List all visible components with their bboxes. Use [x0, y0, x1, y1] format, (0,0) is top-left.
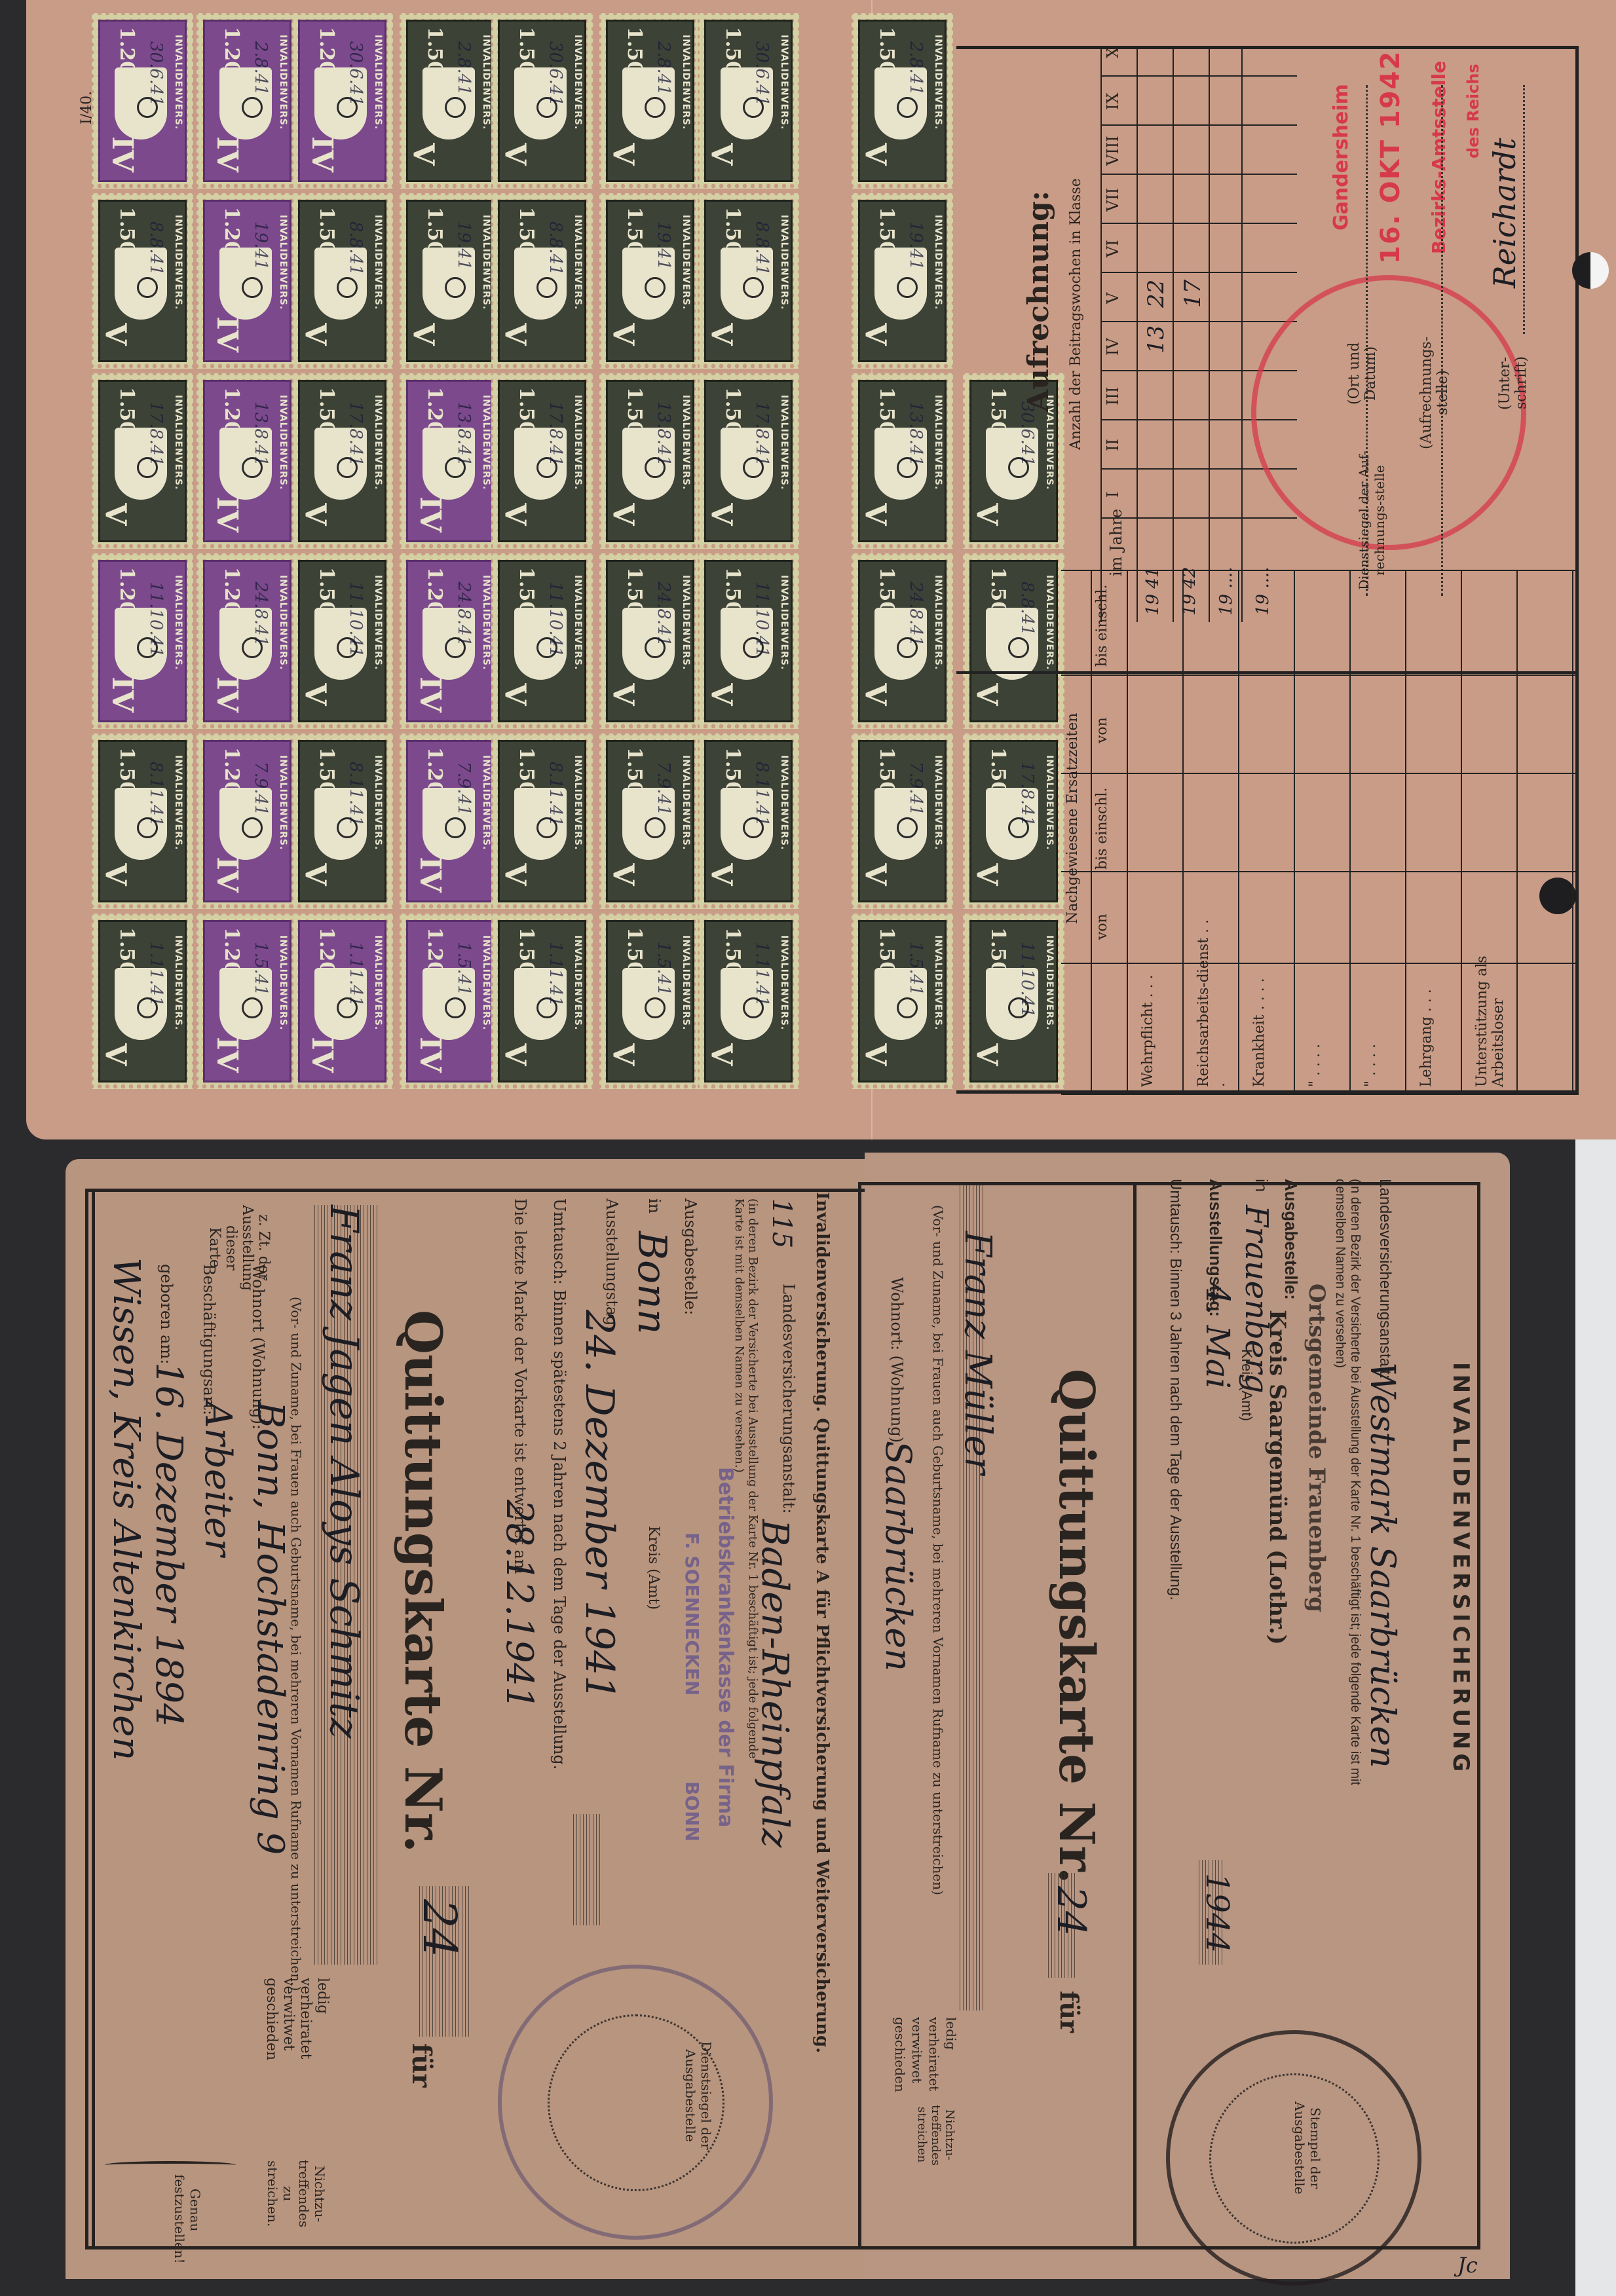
stamp-cancellation: 11.10.41: [526, 582, 565, 713]
dienstsiegel-left: [498, 1965, 773, 2240]
geburtsort-value-left: Wissen, Kreis Altenkirchen: [105, 1257, 147, 1760]
right-card-number: 24: [1048, 1886, 1094, 1936]
class-header-II: II: [1104, 422, 1135, 468]
stamp-cancellation: 17.8.41: [526, 401, 565, 532]
umtausch-left: Umtausch: Binnen spätestens 2 Jahren nac…: [550, 1198, 569, 1769]
in-label-left: in: [645, 1198, 664, 1213]
stamp-label: INVALIDENVERS.: [272, 575, 288, 713]
stamp-cancellation: 17.8.41: [732, 401, 772, 532]
status-option-verheiratet: verheiratet: [926, 2017, 942, 2091]
stamp-cancellation: 17.8.41: [126, 401, 166, 532]
stamp-cancellation: 7.9.41: [886, 762, 926, 893]
stamp-cancellation: 30.6.41: [526, 41, 565, 172]
ersatz-column-header: bis einschl.: [1094, 779, 1110, 878]
class-header-IX: IX: [1104, 79, 1135, 124]
status-option-verwitwet: verwitwet: [909, 2017, 925, 2083]
right-card-header: INVALIDENVERSICHERUNG: [1448, 1362, 1474, 1775]
wohnort-value-left: Bonn, Hochstadenring 9: [249, 1401, 291, 1855]
aufrechnung-title: Aufrechnung:: [1022, 138, 1061, 465]
right-card-title: Quittungskarte Nr.: [1048, 1369, 1104, 1884]
insurance-stamp: 1.50VINVALIDENVERS.11.10.41: [291, 553, 393, 729]
dienstsiegel-label: Dienstsiegel der Auf-rechnungs-stelle: [1356, 445, 1441, 596]
stamp-label: INVALIDENVERS.: [675, 395, 691, 532]
stamp-cancellation: 19.41: [634, 221, 673, 352]
stamp-cancellation: 30.6.41: [732, 41, 772, 172]
ausgabestelle-stamp-right: Ortsgemeinde Frauenberg: [1304, 1284, 1330, 1612]
stamp-cancellation: 1.5.41: [434, 942, 474, 1073]
insurance-stamp: 1.50VINVALIDENVERS.19.41: [852, 193, 953, 369]
unterschrift-label: (Unter-schrift): [1497, 347, 1530, 419]
status-option-geschieden: geschieden: [892, 2017, 908, 2092]
stamp-label: INVALIDENVERS.: [168, 395, 183, 532]
insurance-stamp: 1.50VINVALIDENVERS.2.8.41: [599, 13, 701, 189]
stamp-cancellation: 1.11.41: [732, 942, 772, 1073]
genau-note: Genau festzustellen!: [151, 2174, 203, 2246]
stamp-label: INVALIDENVERS.: [367, 395, 383, 532]
stamp-label: INVALIDENVERS.: [928, 35, 943, 172]
ersatz-column-header: von: [1094, 878, 1110, 976]
stamp-cancellation: 17.8.41: [326, 401, 366, 532]
beschaeftigung-value-left: Arbeiter: [197, 1401, 239, 1557]
lva-label-right: Landesversicherungsanstalt:: [1376, 1179, 1394, 1379]
class-header-X: X: [1104, 29, 1135, 75]
year-value-right: 1944: [1199, 1873, 1235, 1953]
stamp-label: INVALIDENVERS.: [476, 215, 491, 352]
fuer-left: für: [406, 2043, 437, 2087]
insurance-stamp: 1.20IVINVALIDENVERS.24.8.41: [197, 553, 298, 729]
ersatz-row-label: " . . . .: [1307, 910, 1323, 1087]
stamp-label: INVALIDENVERS.: [774, 755, 789, 893]
stamp-label: INVALIDENVERS.: [476, 35, 491, 172]
insurance-stamp: 1.50VINVALIDENVERS.19.41: [400, 193, 501, 369]
status-option-ledig: ledig: [314, 1978, 331, 2014]
stamp-label: INVALIDENVERS.: [928, 935, 943, 1073]
geboren-value-left: 16. Dezember 1894: [147, 1362, 190, 1727]
status-option-geschieden: geschieden: [263, 1978, 280, 2060]
in-label-right: in: [1251, 1179, 1271, 1192]
stamp-label: INVALIDENVERS.: [272, 755, 288, 893]
scan-background-left: [0, 0, 26, 1139]
insurance-stamp: 1.50VINVALIDENVERS.8.11.41: [698, 733, 799, 909]
scan-background-right: [1575, 1139, 1616, 2296]
beschaeftigung-label-left: Beschäftigungsart:: [200, 1264, 218, 1415]
letzte-marke-value: 28.12.1941: [498, 1500, 540, 1710]
stamp-cancellation: 13.8.41: [231, 401, 271, 532]
stamp-label: INVALIDENVERS.: [675, 35, 691, 172]
ersatz-row-label: Wehrpflicht . . .: [1140, 910, 1156, 1087]
punch-hole-top: [1572, 252, 1609, 289]
stamp-label: INVALIDENVERS.: [567, 395, 583, 532]
stamp-label: INVALIDENVERS.: [367, 935, 383, 1073]
insurance-stamp: 1.50VINVALIDENVERS.8.8.41: [92, 193, 193, 369]
insurance-stamp: 1.50VINVALIDENVERS.2.8.41: [400, 13, 501, 189]
stamp-cancellation: 13.8.41: [634, 401, 673, 532]
stamp-label: INVALIDENVERS.: [272, 395, 288, 532]
insurance-stamp: 1.20IVINVALIDENVERS.7.9.41: [400, 733, 501, 909]
insurance-stamp: 1.50VINVALIDENVERS.1.11.41: [491, 914, 593, 1089]
stamp-cancellation: 2.8.41: [434, 41, 474, 172]
stamp-cancellation: 1.5.41: [634, 942, 673, 1073]
insurance-stamp: 1.20IVINVALIDENVERS.13.8.41: [400, 373, 501, 549]
stamp-cancellation: 8.8.41: [326, 221, 366, 352]
insurance-stamp: 1.20IVINVALIDENVERS.30.6.41: [291, 13, 393, 189]
ersatzzeiten-title: Nachgewiesene Ersatzzeiten: [1064, 655, 1081, 982]
stamp-cancellation: 30.6.41: [126, 41, 166, 172]
nichtzutreffendes-note-left: Nichtzu-treffendes zu streichen.: [269, 2155, 328, 2233]
name-label-right: (Vor- und Zuname, bei Frauen auch Geburt…: [930, 1205, 946, 2004]
wohnort-label-right: Wohnort: (Wohnung): [888, 1277, 906, 1443]
insurance-stamp: 1.20IVINVALIDENVERS.1.5.41: [400, 914, 501, 1089]
class-header-III: III: [1104, 373, 1135, 419]
stamp-label: INVALIDENVERS.: [168, 575, 183, 713]
insurance-stamp: 1.20IVINVALIDENVERS.1.5.41: [197, 914, 298, 1089]
stamp-cancellation: 1.11.41: [326, 942, 366, 1073]
insurance-stamp: 1.20IVINVALIDENVERS.1.11.41: [291, 914, 393, 1089]
insurance-stamp: 1.50VINVALIDENVERS.17.8.41: [698, 373, 799, 549]
stamp-label: INVALIDENVERS.: [774, 935, 789, 1073]
stamp-label: INVALIDENVERS.: [567, 935, 583, 1073]
status-option-verheiratet: verheiratet: [297, 1978, 314, 2060]
stamp-label: INVALIDENVERS.: [774, 35, 789, 172]
status-option-verwitwet: verwitwet: [280, 1978, 297, 2050]
stamp-cancellation: 2.8.41: [231, 41, 271, 172]
ersatz-column-header: von: [1094, 681, 1110, 779]
insurance-stamp: 1.50VINVALIDENVERS.1.11.41: [698, 914, 799, 1089]
stamp-cancellation: 24.8.41: [886, 582, 926, 713]
stamp-label: INVALIDENVERS.: [367, 215, 383, 352]
stamp-cancellation: 1.11.41: [126, 942, 166, 1073]
insurance-stamp: 1.50VINVALIDENVERS.17.8.41: [291, 373, 393, 549]
stamp-cancellation: 30.6.41: [326, 41, 366, 172]
stamp-cancellation: 11.10.41: [326, 582, 366, 713]
stamp-label: INVALIDENVERS.: [476, 395, 491, 532]
insurance-stamp: 1.50VINVALIDENVERS.13.8.41: [852, 373, 953, 549]
class-header-VIII: VIII: [1104, 128, 1135, 174]
class-header-V: V: [1104, 275, 1135, 321]
stamp-label: INVALIDENVERS.: [675, 575, 691, 713]
insurance-stamp: 1.50VINVALIDENVERS.7.9.41: [599, 733, 701, 909]
class-v-weeks: 22: [1143, 262, 1180, 308]
stamp-label: INVALIDENVERS.: [272, 935, 288, 1073]
stamp-cancellation: 2.8.41: [886, 41, 926, 172]
stamp-label: INVALIDENVERS.: [567, 575, 583, 713]
year-label: im Jahre: [1107, 498, 1133, 576]
insurance-stamp: 1.50VINVALIDENVERS.8.8.41: [491, 193, 593, 369]
stamp-cancellation: 1.11.41: [526, 942, 565, 1073]
ersatz-row-label: " . . . .: [1362, 910, 1379, 1087]
class-iv-weeks: 13: [1143, 308, 1180, 354]
insurance-stamp: 1.50VINVALIDENVERS.24.8.41: [599, 553, 701, 729]
aufrechnungsstelle-label: (Aufrechnungs-stelle): [1418, 334, 1451, 452]
insurance-stamp: 1.50VINVALIDENVERS.2.8.41: [852, 13, 953, 189]
stamp-cancellation: 19.41: [231, 221, 271, 352]
ausstellungstag-value-left: 24. Dezember 1941: [576, 1310, 622, 1700]
stamp-cancellation: 7.9.41: [634, 762, 673, 893]
fuer-right: für: [1055, 1991, 1084, 2033]
umtausch-right: Umtausch: Binnen 3 Jahren nach dem Tage …: [1166, 1179, 1184, 1601]
stamp-label: INVALIDENVERS.: [774, 215, 789, 352]
lva-value-right: Westmark Saarbrücken: [1362, 1362, 1402, 1768]
lva-label-left: Landesversicherungsanstalt:: [780, 1284, 798, 1513]
insurance-stamp: 1.50VINVALIDENVERS.11.10.41: [491, 553, 593, 729]
stamp-cancellation: 13.8.41: [434, 401, 474, 532]
kreis-label-left: Kreis (Amt): [645, 1526, 662, 1610]
insurance-stamp: 1.20IVINVALIDENVERS.7.9.41: [197, 733, 298, 909]
red-stamp-office: Bezirks-Amtsstelle: [1428, 20, 1450, 295]
insurance-stamp: 1.50VINVALIDENVERS.24.8.41: [852, 553, 953, 729]
insurance-stamp: 1.50VINVALIDENVERS.7.9.41: [852, 733, 953, 909]
stamp-label: INVALIDENVERS.: [774, 575, 789, 713]
ersatz-column-header: bis einschl.: [1094, 576, 1110, 675]
insurance-stamp: 1.20IVINVALIDENVERS.19.41: [197, 193, 298, 369]
ausgabestelle-label-right: Ausgabestelle:: [1281, 1179, 1301, 1300]
soennecken-stamp: F. SOENNECKEN: [681, 1532, 703, 1695]
insurance-stamp: 1.50VINVALIDENVERS.1.5.41: [852, 914, 953, 1089]
insurance-stamp: 1.20IVINVALIDENVERS.13.8.41: [197, 373, 298, 549]
stamp-cancellation: 19.41: [434, 221, 474, 352]
stamp-label: INVALIDENVERS.: [675, 215, 691, 352]
class-header-VI: VI: [1104, 226, 1135, 272]
stamp-cancellation: 11.10.41: [732, 582, 772, 713]
stamp-cancellation: 24.8.41: [434, 582, 474, 713]
stamp-cancellation: 8.11.41: [326, 762, 366, 893]
insurance-stamp: 1.50VINVALIDENVERS.8.8.41: [291, 193, 393, 369]
status-option-ledig: ledig: [943, 2017, 959, 2050]
insurance-stamp: 1.50VINVALIDENVERS.17.8.41: [92, 373, 193, 549]
insurance-stamp: 1.20IVINVALIDENVERS.2.8.41: [197, 13, 298, 189]
insurance-stamp: 1.50VINVALIDENVERS.8.11.41: [92, 733, 193, 909]
insurance-stamp: 1.20IVINVALIDENVERS.11.10.41: [92, 553, 193, 729]
stamp-label: INVALIDENVERS.: [567, 755, 583, 893]
stamp-label: INVALIDENVERS.: [928, 215, 943, 352]
ausstellungstag-value-right: 4. Mai: [1199, 1284, 1237, 1389]
stamp-cancellation: 24.8.41: [634, 582, 673, 713]
class-header-IV: IV: [1104, 324, 1135, 370]
stamp-label: INVALIDENVERS.: [928, 575, 943, 713]
insurance-stamp: 1.50VINVALIDENVERS.1.5.41: [599, 914, 701, 1089]
stamp-label: INVALIDENVERS.: [476, 755, 491, 893]
insurance-stamp: 1.50VINVALIDENVERS.19.41: [599, 193, 701, 369]
ort-datum-label: (Ort und Datum): [1346, 327, 1379, 419]
ersatz-row-label: Krankheit . . . .: [1251, 910, 1268, 1087]
left-card-title: Quittungskarte Nr.: [393, 1310, 453, 1853]
stamp-label: INVALIDENVERS.: [367, 755, 383, 893]
name-value-left: Franz Jagen Aloys Schmitz: [321, 1205, 367, 1738]
insurance-stamp: 1.50VINVALIDENVERS.11.10.41: [698, 553, 799, 729]
kreis-label-right: Kreis (Amt): [1238, 1349, 1255, 1421]
stamp-label: INVALIDENVERS.: [774, 395, 789, 532]
corner-mark: Jc: [1457, 2253, 1478, 2278]
insurance-stamp: 1.50VINVALIDENVERS.8.11.41: [291, 733, 393, 909]
stamp-cancellation: 13.8.41: [886, 401, 926, 532]
nichtzutreffendes-note-right: Nichtzu-treffendes streichen: [911, 2096, 956, 2174]
dienstsiegel-label-left: Dienstsiegel der Ausgabestelle: [655, 2030, 714, 2161]
stamp-cancellation: 8.11.41: [126, 762, 166, 893]
insurance-stamp: 1.50VINVALIDENVERS.8.8.41: [698, 193, 799, 369]
signature: Reichardt: [1487, 118, 1539, 288]
insurance-stamp: 1.50VINVALIDENVERS.13.8.41: [599, 373, 701, 549]
stamp-cancellation: 24.8.41: [231, 582, 271, 713]
stempel-label-right: Stempel der Ausgabestelle: [1277, 2083, 1323, 2213]
stamp-label: INVALIDENVERS.: [367, 35, 383, 172]
red-stamp-city: Gandersheim: [1330, 39, 1353, 275]
stamp-label: INVALIDENVERS.: [272, 215, 288, 352]
stamp-label: INVALIDENVERS.: [367, 575, 383, 713]
left-card-number: 24: [413, 1899, 466, 1957]
stamp-cancellation: 8.8.41: [732, 221, 772, 352]
stamp-cancellation: 2.8.41: [634, 41, 673, 172]
stamp-cancellation: 8.8.41: [526, 221, 565, 352]
stamp-label: INVALIDENVERS.: [168, 935, 183, 1073]
stamp-label: INVALIDENVERS.: [928, 755, 943, 893]
stamp-cancellation: 8.11.41: [732, 762, 772, 893]
insurance-stamp: 1.50VINVALIDENVERS.30.6.41: [698, 13, 799, 189]
stamp-label: INVALIDENVERS.: [675, 935, 691, 1073]
punch-hole-bottom: [1539, 878, 1576, 914]
stamp-cancellation: 8.11.41: [526, 762, 565, 893]
insurance-stamp: 1.50VINVALIDENVERS.17.8.41: [491, 373, 593, 549]
ersatz-row-label: Lehrgang . . .: [1418, 910, 1435, 1087]
wohnort-value-right: Saarbrücken: [878, 1441, 919, 1671]
bonn-stamp: BONN: [681, 1781, 703, 1842]
stamp-label: INVALIDENVERS.: [675, 755, 691, 893]
red-stamp-suffix: des Reichs: [1464, 52, 1482, 170]
stamp-label: INVALIDENVERS.: [476, 575, 491, 713]
class-header-VII: VII: [1104, 177, 1135, 223]
stamp-label: INVALIDENVERS.: [168, 35, 183, 172]
ausgabestelle-label-left: Ausgabestelle:: [681, 1198, 700, 1315]
ersatz-row-label: Reichsarbeits-dienst . . .: [1195, 910, 1228, 1087]
aufrechnung-subtitle: Anzahl der Beitragswochen in Klasse: [1068, 131, 1094, 498]
geboren-label-left: geboren am:: [157, 1264, 176, 1364]
stamp-cancellation: 7.9.41: [231, 762, 271, 893]
insurance-stamp: 1.20IVINVALIDENVERS.30.6.41: [92, 13, 193, 189]
insurance-stamp: 1.20IVINVALIDENVERS.24.8.41: [400, 553, 501, 729]
stamp-cancellation: 1.5.41: [886, 942, 926, 1073]
left-card-serial: 115: [766, 1198, 797, 1248]
stamp-label: INVALIDENVERS.: [168, 215, 183, 352]
name-value-right: Franz Müller: [956, 1231, 999, 1475]
insurance-stamp: 1.50VINVALIDENVERS.30.6.41: [491, 13, 593, 189]
stamp-label: INVALIDENVERS.: [567, 35, 583, 172]
class-v-weeks: 17: [1180, 262, 1216, 308]
ersatz-row-label: Unterstützung als Arbeitsloser: [1474, 910, 1507, 1087]
betriebskrankenkasse-stamp: Betriebskrankenkasse der Firma: [714, 1467, 737, 1827]
red-stamp-date: 16. OKT 1942: [1376, 39, 1406, 275]
stamp-label: INVALIDENVERS.: [567, 215, 583, 352]
left-card-header: Invalidenversicherung. Quittungskarte A …: [812, 1192, 832, 2266]
stamp-label: INVALIDENVERS.: [476, 935, 491, 1073]
stamp-label: INVALIDENVERS.: [168, 755, 183, 893]
stamp-cancellation: 7.9.41: [434, 762, 474, 893]
insurance-stamp: 1.50VINVALIDENVERS.8.11.41: [491, 733, 593, 909]
stamp-cancellation: 19.41: [886, 221, 926, 352]
insurance-stamp: 1.50VINVALIDENVERS.1.11.41: [92, 914, 193, 1089]
stamp-cancellation: 8.8.41: [126, 221, 166, 352]
stamp-cancellation: 11.10.41: [126, 582, 166, 713]
stamp-label: INVALIDENVERS.: [272, 35, 288, 172]
kreis-stamp-right: Kreis Saargemünd (Lothr.): [1264, 1310, 1290, 1645]
stamp-label: INVALIDENVERS.: [928, 395, 943, 532]
stamp-cancellation: 1.5.41: [231, 942, 271, 1073]
in-value-left: Bonn: [629, 1231, 675, 1335]
